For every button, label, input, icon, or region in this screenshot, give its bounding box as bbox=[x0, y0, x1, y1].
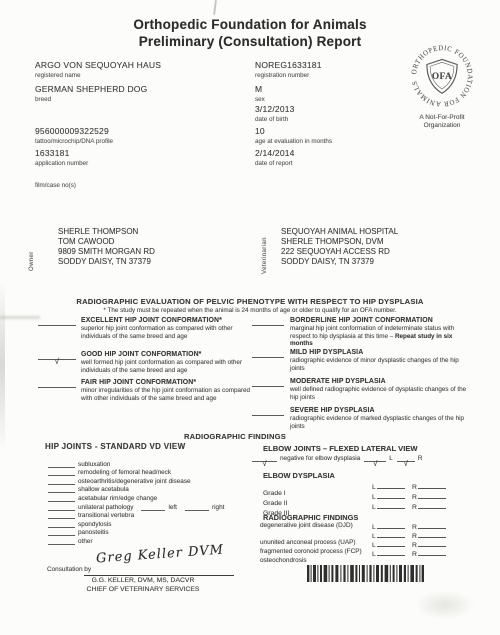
elbow-osteochondrosis-right-line[interactable] bbox=[418, 549, 446, 556]
age-at-evaluation-value: 10 bbox=[255, 126, 332, 136]
option-moderate-checkline[interactable] bbox=[252, 378, 284, 387]
seal-caption: A Not-For-Profit Organization bbox=[404, 114, 480, 130]
hip-row-transitional-vertebra: transitional vertebra bbox=[48, 511, 224, 520]
option-severe-desc: radiographic evidence of marked dysplast… bbox=[290, 415, 470, 430]
elbow-fcp-right: R bbox=[412, 540, 446, 549]
elbow-grade1-row: Grade I L R bbox=[263, 482, 463, 492]
elbow-grade2-left: L bbox=[372, 492, 405, 501]
elbow-negative-left-label: L bbox=[389, 455, 393, 462]
owner-address: SHERLE THOMPSON TOM CAWOOD 9809 SMITH MO… bbox=[58, 227, 155, 267]
field-sex: M sex bbox=[255, 84, 265, 103]
option-excellent-checkline[interactable] bbox=[38, 317, 76, 326]
hip-row-acetabular-rim: acetabular rim/edge change bbox=[48, 493, 224, 502]
breed-value: GERMAN SHEPHERD DOG bbox=[35, 84, 147, 94]
hip-row-unilateral-pathology: unilateral pathology left right bbox=[48, 502, 224, 511]
right-letter: R bbox=[412, 504, 417, 511]
hip-row-label: spondylosis bbox=[78, 521, 111, 528]
option-desc-text: well defined radiographic evidence of dy… bbox=[290, 386, 466, 401]
elbow-dysplasia-heading: ELBOW DYSPLASIA bbox=[263, 471, 335, 480]
seal-caption-line2: Organization bbox=[404, 122, 480, 130]
hip-row-spondylosis: spondylosis bbox=[48, 519, 224, 528]
elbow-negative-left-checkmark: √ bbox=[373, 459, 377, 468]
option-mild-body: MILD HIP DYSPLASIA radiographic evidence… bbox=[290, 349, 470, 372]
evaluation-note: * The study must be repeated when the an… bbox=[0, 307, 500, 314]
consultant-title: CHIEF OF VETERINARY SERVICES bbox=[64, 586, 222, 595]
elbow-uap-right-line[interactable] bbox=[418, 531, 446, 538]
consultant-name: G.G. KELLER, DVM, MS, DACVR bbox=[64, 577, 222, 586]
elbow-osteochondrosis-right: R bbox=[412, 549, 446, 558]
elbow-grade3-left-line[interactable] bbox=[377, 502, 405, 509]
registration-number-label: registration number bbox=[255, 72, 322, 79]
date-of-birth-label: date of birth bbox=[255, 116, 295, 123]
field-breed: GERMAN SHEPHERD DOG breed bbox=[35, 84, 147, 103]
left-letter: L bbox=[372, 494, 376, 501]
option-mild: MILD HIP DYSPLASIA radiographic evidence… bbox=[252, 349, 470, 372]
right-letter: R bbox=[412, 484, 417, 491]
right-letter: R bbox=[412, 494, 417, 501]
field-registered-name: ARGO VON SEQUOYAH HAUS registered name bbox=[35, 60, 161, 79]
registered-name-value: ARGO VON SEQUOYAH HAUS bbox=[35, 60, 161, 70]
elbow-negative-row: √ negative for elbow dysplasia √ L √ R bbox=[252, 453, 422, 462]
elbow-negative-right-checkmark: √ bbox=[404, 459, 408, 468]
elbow-grade3-row: Grade III L R bbox=[263, 502, 463, 512]
hip-row-label: shallow acetabula bbox=[78, 486, 129, 493]
field-date-of-birth: 3/12/2013 date of birth bbox=[255, 104, 295, 123]
elbow-osteochondrosis-left-line[interactable] bbox=[377, 549, 405, 556]
tattoo-label: tattoo/microchip/DNA profile bbox=[35, 138, 113, 145]
right-letter: R bbox=[412, 524, 417, 531]
left-letter: L bbox=[372, 551, 376, 558]
right-letter: R bbox=[412, 533, 417, 540]
option-borderline: BORDERLINE HIP JOINT CONFORMATION margin… bbox=[252, 317, 470, 348]
film-case-label: film/case no(s) bbox=[35, 182, 76, 189]
hip-row-line[interactable] bbox=[48, 486, 75, 493]
option-good-desc: well formed hip joint conformation as co… bbox=[81, 359, 253, 374]
elbow-osteochondrosis-left: L bbox=[372, 549, 405, 558]
option-borderline-title: BORDERLINE HIP JOINT CONFORMATION bbox=[290, 317, 470, 324]
seal-caption-line1: A Not-For-Profit bbox=[404, 114, 480, 122]
hip-row-line[interactable] bbox=[48, 521, 75, 528]
field-film-case: film/case no(s) bbox=[35, 180, 76, 189]
option-mild-checkline[interactable] bbox=[252, 349, 284, 358]
veterinarian-line: 222 SEQUOYAH ACCESS RD bbox=[281, 247, 398, 257]
option-good-checkmark: √ bbox=[55, 357, 59, 366]
owner-line: TOM CAWOOD bbox=[58, 237, 155, 247]
option-desc-text: well formed hip joint conformation as co… bbox=[81, 359, 242, 374]
elbow-fcp-left-line[interactable] bbox=[377, 540, 405, 547]
seal-monogram: OFA bbox=[432, 72, 452, 82]
elbow-uap-left: L bbox=[372, 531, 405, 540]
veterinarian-line: SODDY DAISY, TN 37379 bbox=[281, 257, 398, 267]
owner-vertical-label: Owner bbox=[29, 233, 35, 271]
left-letter: L bbox=[372, 542, 376, 549]
field-registration-number: NOREG1633181 registration number bbox=[255, 60, 322, 79]
field-date-of-report: 2/14/2014 date of report bbox=[255, 148, 295, 167]
scan-crease bbox=[213, 0, 217, 15]
ofa-report-page: Orthopedic Foundation for Animals Prelim… bbox=[0, 0, 500, 635]
option-desc-text: superior hip joint conformation as compa… bbox=[81, 325, 233, 340]
field-age-at-evaluation: 10 age at evaluation in months bbox=[255, 126, 332, 145]
elbow-uap-right: R bbox=[412, 531, 446, 540]
elbow-osteochondrosis-row: osteochondrosis L R bbox=[260, 549, 460, 559]
elbow-negative-line[interactable]: √ bbox=[252, 453, 277, 462]
owner-line: 9809 SMITH MORGAN RD bbox=[58, 247, 155, 257]
hip-row-label: panosteitis bbox=[78, 529, 109, 536]
left-letter: L bbox=[372, 524, 376, 531]
hip-row-osteoarthritis: osteoarthritis/degenerative joint diseas… bbox=[48, 476, 224, 485]
hip-row-label: acetabular rim/edge change bbox=[78, 495, 157, 502]
elbow-negative-checkmark: √ bbox=[262, 459, 266, 468]
elbow-negative-right-line[interactable]: √ bbox=[397, 453, 415, 462]
hip-row-left-line[interactable] bbox=[141, 504, 165, 511]
hip-row-subluxation: subluxation bbox=[48, 459, 224, 468]
scan-smudge-left bbox=[0, 316, 40, 319]
left-letter: L bbox=[372, 484, 376, 491]
hip-row-line[interactable] bbox=[48, 512, 75, 519]
hip-joints-heading: HIP JOINTS - STANDARD VD VIEW bbox=[45, 442, 185, 451]
left-letter: L bbox=[372, 504, 376, 511]
sex-value: M bbox=[255, 84, 265, 94]
sex-label: sex bbox=[255, 96, 265, 103]
hip-row-label: subluxation bbox=[78, 461, 110, 468]
option-moderate-title: MODERATE HIP DYSPLASIA bbox=[290, 378, 470, 385]
hip-row-panosteitis: panosteitis bbox=[48, 528, 224, 537]
elbow-fcp-right-line[interactable] bbox=[418, 540, 446, 547]
option-fair-body: FAIR HIP JOINT CONFORMATION* minor irreg… bbox=[81, 379, 253, 402]
veterinarian-line: SHERLE THOMPSON, DVM bbox=[281, 237, 398, 247]
elbow-grade3-left: L bbox=[372, 502, 405, 511]
elbow-joints-heading: ELBOW JOINTS – FLEXED LATERAL VIEW bbox=[263, 444, 418, 453]
elbow-fcp-left: L bbox=[372, 540, 405, 549]
hip-row-right-line[interactable] bbox=[185, 504, 209, 511]
elbow-grade1-left-line[interactable] bbox=[377, 482, 405, 489]
owner-line: SHERLE THOMPSON bbox=[58, 227, 155, 237]
elbow-djd-label: degenerative joint disease (DJD) bbox=[260, 522, 353, 529]
hip-row-line[interactable] bbox=[48, 504, 75, 511]
option-borderline-body: BORDERLINE HIP JOINT CONFORMATION margin… bbox=[290, 317, 470, 348]
hip-row-shallow-acetabula: shallow acetabula bbox=[48, 485, 224, 494]
consultant-name-block: G.G. KELLER, DVM, MS, DACVR CHIEF OF VET… bbox=[64, 577, 222, 594]
field-application-number: 1633181 application number bbox=[35, 148, 88, 167]
option-excellent-desc: superior hip joint conformation as compa… bbox=[81, 325, 253, 340]
findings-heading: RADIOGRAPHIC FINDINGS bbox=[130, 432, 340, 441]
field-tattoo: 956000009322529 tattoo/microchip/DNA pro… bbox=[35, 126, 113, 145]
hip-row-line[interactable] bbox=[48, 538, 75, 545]
option-borderline-desc: marginal hip joint conformation of indet… bbox=[290, 325, 470, 348]
tattoo-value: 956000009322529 bbox=[35, 126, 113, 136]
elbow-radiographic-heading: RADIOGRAPHIC FINDINGS bbox=[263, 513, 358, 522]
option-borderline-checkline[interactable] bbox=[252, 317, 284, 326]
hip-findings-list: subluxation remodeling of femoral head/n… bbox=[48, 459, 224, 545]
elbow-djd-right-line[interactable] bbox=[418, 522, 446, 529]
owner-line: SODDY DAISY, TN 37379 bbox=[58, 257, 155, 267]
elbow-grade2-right: R bbox=[412, 492, 446, 501]
right-letter: R bbox=[412, 542, 417, 549]
ofa-seal: ORTHOPEDIC FOUNDATION FOR ANIMALS OFA A … bbox=[404, 40, 480, 130]
hip-row-line[interactable] bbox=[48, 461, 75, 468]
hip-row-right-label: right bbox=[212, 504, 224, 511]
application-number-value: 1633181 bbox=[35, 148, 88, 158]
option-moderate-desc: well defined radiographic evidence of dy… bbox=[290, 386, 470, 401]
elbow-grade1-right-line[interactable] bbox=[418, 482, 446, 489]
breed-label: breed bbox=[35, 96, 147, 103]
veterinarian-line: SEQUOYAH ANIMAL HOSPITAL bbox=[281, 227, 398, 237]
hip-row-line[interactable] bbox=[48, 469, 75, 476]
hip-row-label: unilateral pathology bbox=[78, 504, 133, 511]
elbow-grade3-right: R bbox=[412, 502, 446, 511]
elbow-djd-left-line[interactable] bbox=[377, 522, 405, 529]
hip-row-label: osteoarthritis/degenerative joint diseas… bbox=[78, 478, 191, 485]
option-excellent: EXCELLENT HIP JOINT CONFORMATION* superi… bbox=[38, 317, 253, 340]
option-severe-title: SEVERE HIP DYSPLASIA bbox=[290, 407, 470, 414]
option-moderate-body: MODERATE HIP DYSPLASIA well defined radi… bbox=[290, 378, 470, 401]
option-mild-desc: radiographic evidence of minor dysplasti… bbox=[290, 357, 470, 372]
option-desc-text: radiographic evidence of minor dysplasti… bbox=[290, 357, 459, 372]
option-excellent-body: EXCELLENT HIP JOINT CONFORMATION* superi… bbox=[81, 317, 253, 340]
hip-row-left-label: left bbox=[168, 504, 177, 511]
evaluation-heading: RADIOGRAPHIC EVALUATION OF PELVIC PHENOT… bbox=[0, 297, 500, 306]
elbow-grade2-left-line[interactable] bbox=[377, 492, 405, 499]
veterinarian-address: SEQUOYAH ANIMAL HOSPITAL SHERLE THOMPSON… bbox=[281, 227, 398, 267]
hip-row-line[interactable] bbox=[48, 478, 75, 485]
ofa-seal-icon: ORTHOPEDIC FOUNDATION FOR ANIMALS OFA bbox=[406, 40, 478, 112]
elbow-negative-label: negative for elbow dysplasia bbox=[280, 455, 360, 462]
hip-row-line[interactable] bbox=[48, 495, 75, 502]
scan-smudge-corner bbox=[415, 590, 475, 620]
date-of-report-value: 2/14/2014 bbox=[255, 148, 295, 158]
option-moderate: MODERATE HIP DYSPLASIA well defined radi… bbox=[252, 378, 470, 401]
hip-row-line[interactable] bbox=[48, 529, 75, 536]
hip-row-label: remodeling of femoral head/neck bbox=[78, 469, 171, 476]
option-fair: FAIR HIP JOINT CONFORMATION* minor irreg… bbox=[38, 379, 253, 402]
hip-row-label: other bbox=[78, 538, 93, 545]
option-desc-text: radiographic evidence of marked dysplast… bbox=[290, 415, 464, 430]
date-of-report-label: date of report bbox=[255, 160, 295, 167]
option-fair-checkline[interactable] bbox=[38, 379, 76, 388]
option-good-title: GOOD HIP JOINT CONFORMATION* bbox=[81, 351, 253, 358]
option-fair-desc: minor irregularities of the hip joint co… bbox=[81, 387, 253, 402]
registered-name-label: registered name bbox=[35, 72, 161, 79]
option-good-checkline[interactable]: √ bbox=[38, 351, 76, 360]
report-title-line1: Orthopedic Foundation for Animals bbox=[0, 16, 500, 33]
left-letter: L bbox=[372, 533, 376, 540]
registration-number-value: NOREG1633181 bbox=[255, 60, 322, 70]
option-mild-title: MILD HIP DYSPLASIA bbox=[290, 349, 470, 356]
veterinarian-vertical-label: Veterinarian bbox=[262, 228, 268, 274]
elbow-negative-left-line[interactable]: √ bbox=[364, 453, 386, 462]
elbow-uap-left-line[interactable] bbox=[377, 531, 405, 538]
elbow-osteochondrosis-label: osteochondrosis bbox=[260, 557, 307, 564]
age-at-evaluation-label: age at evaluation in months bbox=[255, 138, 332, 145]
option-severe-checkline[interactable] bbox=[252, 407, 284, 416]
elbow-djd-right: R bbox=[412, 522, 446, 531]
option-severe: SEVERE HIP DYSPLASIA radiographic eviden… bbox=[252, 407, 470, 430]
elbow-djd-left: L bbox=[372, 522, 405, 531]
option-severe-body: SEVERE HIP DYSPLASIA radiographic eviden… bbox=[290, 407, 470, 430]
hip-row-remodeling: remodeling of femoral head/neck bbox=[48, 468, 224, 477]
option-good: √ GOOD HIP JOINT CONFORMATION* well form… bbox=[38, 351, 253, 374]
application-number-label: application number bbox=[35, 160, 88, 167]
option-excellent-title: EXCELLENT HIP JOINT CONFORMATION* bbox=[81, 317, 253, 324]
option-fair-title: FAIR HIP JOINT CONFORMATION* bbox=[81, 379, 253, 386]
elbow-grade2-right-line[interactable] bbox=[418, 492, 446, 499]
date-of-birth-value: 3/12/2013 bbox=[255, 104, 295, 114]
elbow-grade2-row: Grade II L R bbox=[263, 492, 463, 502]
hip-row-label: transitional vertebra bbox=[78, 512, 134, 519]
option-good-body: GOOD HIP JOINT CONFORMATION* well formed… bbox=[81, 351, 253, 374]
elbow-grade1-left: L bbox=[372, 482, 405, 491]
elbow-grade1-right: R bbox=[412, 482, 446, 491]
barcode bbox=[307, 565, 424, 582]
elbow-negative-right-label: R bbox=[418, 455, 423, 462]
elbow-grade3-right-line[interactable] bbox=[418, 502, 446, 509]
right-letter: R bbox=[412, 551, 417, 558]
option-desc-text: minor irregularities of the hip joint co… bbox=[81, 387, 250, 402]
